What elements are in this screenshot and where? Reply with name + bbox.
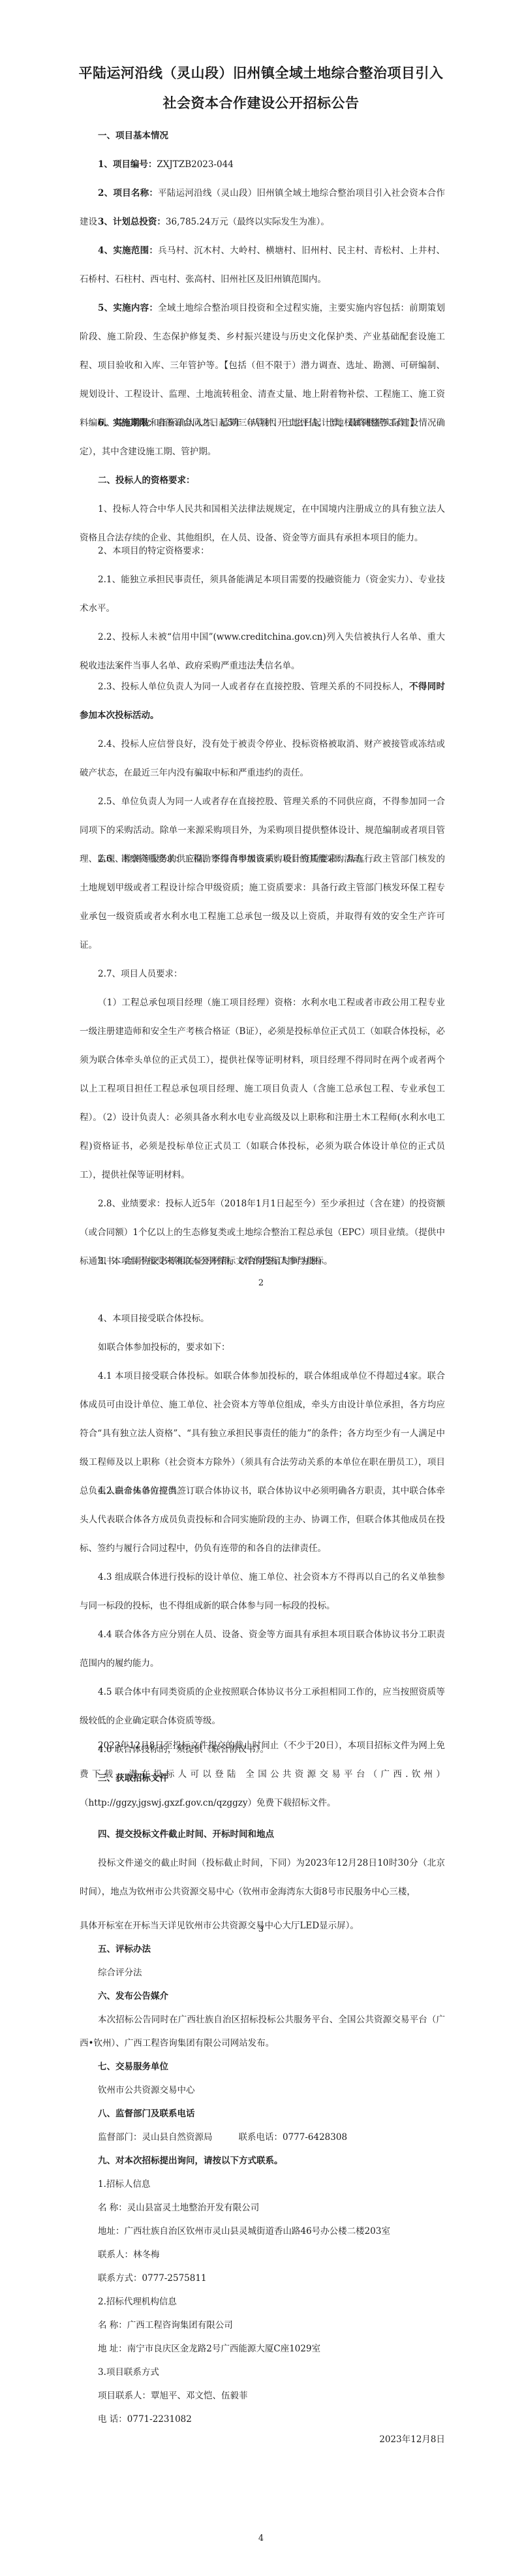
section-heading-evaluation: 五、评标办法 (80, 1938, 445, 1961)
deadline-body-continued: 具体开标室在开标当天详见钦州市公共资源交易中心大厅LED显示屏）。 (80, 1914, 445, 1938)
total-investment: 3、计划总投资：36,785.24万元（最终以实际发生为准）。 (80, 208, 445, 236)
agency-address: 地 址：南宁市良庆区金龙路2号广西能源大厦C座1029室 (80, 2337, 445, 2361)
qualification-3: 3、本项目不接受未领取本公开招标文件的投标人参与投标。 (80, 1247, 445, 1276)
section-heading-media: 六、发布公告媒介 (80, 1985, 445, 2008)
tenderer-name: 名 称：灵山县富灵土地整治开发有限公司 (80, 2196, 445, 2220)
qualification-2-6: 2.6、勘察资质要求：工程勘察综合甲级资质；设计资质要求：具有行政主管部门核发的… (80, 845, 445, 960)
qualification-2-7-2: （2）设计负责人：必须具备水利水电专业高级及以上职称和注册土木工程师(水利水电工… (80, 1103, 445, 1189)
consortium-4-5: 4.5 联合体中有同类资质的企业按照联合体协议书分工承担相同工作的，应当按照资质… (80, 1678, 445, 1735)
consortium-4-2: 4.2 联合体各方应当签订联合体协议书，联合体协议中必须明确各方职责，其中联合体… (80, 1477, 445, 1563)
project-phone: 电 话：0771-2231082 (80, 2408, 445, 2431)
tenderer-heading: 1.招标人信息 (80, 2173, 445, 2196)
page-number-2: 2 (0, 1278, 522, 1288)
section-heading-inquiries: 九、对本次招标提出询问，请按以下方式联系。 (80, 2149, 445, 2173)
qualification-2-7: 2.7、项目人员要求： (80, 960, 445, 988)
section-heading-deadline: 四、提交投标文件截止时间、开标时间和地点 (80, 1820, 445, 1849)
implementation-period: 6、实施期限：自签订合同之日起5年（从项目开工之日起计算，最终根据实际建设情况确… (80, 409, 445, 466)
obtain-documents-body: 2023年12月8日至投标文件提交的截止时间止（不少于20日），本项目招标文件为… (80, 1731, 445, 1817)
tenderer-phone: 联系方式：0777-2575811 (80, 2267, 445, 2290)
page-number-4: 4 (0, 2534, 522, 2543)
qualification-4: 4、本项目接受联合体投标。 (80, 1304, 445, 1333)
consortium-4-3: 4.3 组成联合体进行投标的设计单位、施工单位、社会资本方不得再以自己的名义单独… (80, 1563, 445, 1620)
document-title-line-2: 社会资本合作建设公开招标公告 (65, 93, 457, 113)
deadline-body: 投标文件递交的截止时间（投标截止时间，下同）为2023年12月28日10时30分… (80, 1849, 445, 1906)
qualification-2: 2、本项目的特定资格要求： (80, 537, 445, 565)
section-heading-qualifications: 二、投标人的资格要求： (80, 466, 445, 495)
qualification-2-4: 2.4、投标人应信誉良好，没有处于被责令停业、投标资格被取消、财产被接管或冻结或… (80, 730, 445, 787)
page-number-1: 1 (0, 658, 522, 668)
section-heading-supervision: 八、监督部门及联系电话 (80, 2102, 445, 2126)
document-date: 2023年12月8日 (365, 2432, 445, 2445)
project-contact-heading: 3.项目联系方式 (80, 2361, 445, 2384)
service-unit: 钦州市公共资源交易中心 (80, 2079, 445, 2102)
supervision-dept: 监督部门：灵山县自然资源局联系电话：0777-6428308 (80, 2126, 445, 2149)
agency-name: 名 称：广西工程咨询集团有限公司 (80, 2314, 445, 2337)
implementation-scope: 4、实施范围：兵马村、沉木村、大岭村、横塘村、旧州村、民主村、青松村、上井村、石… (80, 236, 445, 294)
tenderer-contact: 联系人：林冬梅 (80, 2243, 445, 2267)
section-heading-project-info: 一、项目基本情况 (80, 121, 445, 150)
project-contacts: 项目联系人：覃旭平、邓文恺、伍毅菲 (80, 2384, 445, 2408)
qualification-2-1: 2.1、能独立承担民事责任，须具备能满足本项目需要的投融资能力（资金实力）、专业… (80, 565, 445, 623)
consortium-4-4: 4.4 联合体各方应分别在人员、设备、资金等方面具有承担本项目联合体协议书分工职… (80, 1620, 445, 1678)
document-title-line-1: 平陆运河沿线（灵山段）旧州镇全域土地综合整治项目引入 (65, 63, 457, 83)
agency-heading: 2.招标代理机构信息 (80, 2290, 445, 2314)
section-heading-service-unit: 七、交易服务单位 (80, 2055, 445, 2079)
qualification-2-3: 2.3、投标人单位负责人为同一人或者存在直接控股、管理关系的不同投标人，不得同时… (80, 672, 445, 730)
consortium-intro: 如联合体参加投标的，要求如下： (80, 1333, 445, 1362)
evaluation-method: 综合评分法 (80, 1961, 445, 1985)
media-body: 本次招标公告同时在广西壮族自治区招标投标公共服务平台、全国公共资源交易平台（广西… (80, 2008, 445, 2055)
qualification-2-2: 2.2、投标人未被“信用中国”(www.creditchina.gov.cn)列… (80, 623, 445, 680)
tenderer-address: 地址：广西壮族自治区钦州市灵山县灵城街道香山路46号办公楼二楼203室 (80, 2220, 445, 2243)
project-number: 1、项目编号：ZXJTZB2023-044 (80, 150, 445, 179)
